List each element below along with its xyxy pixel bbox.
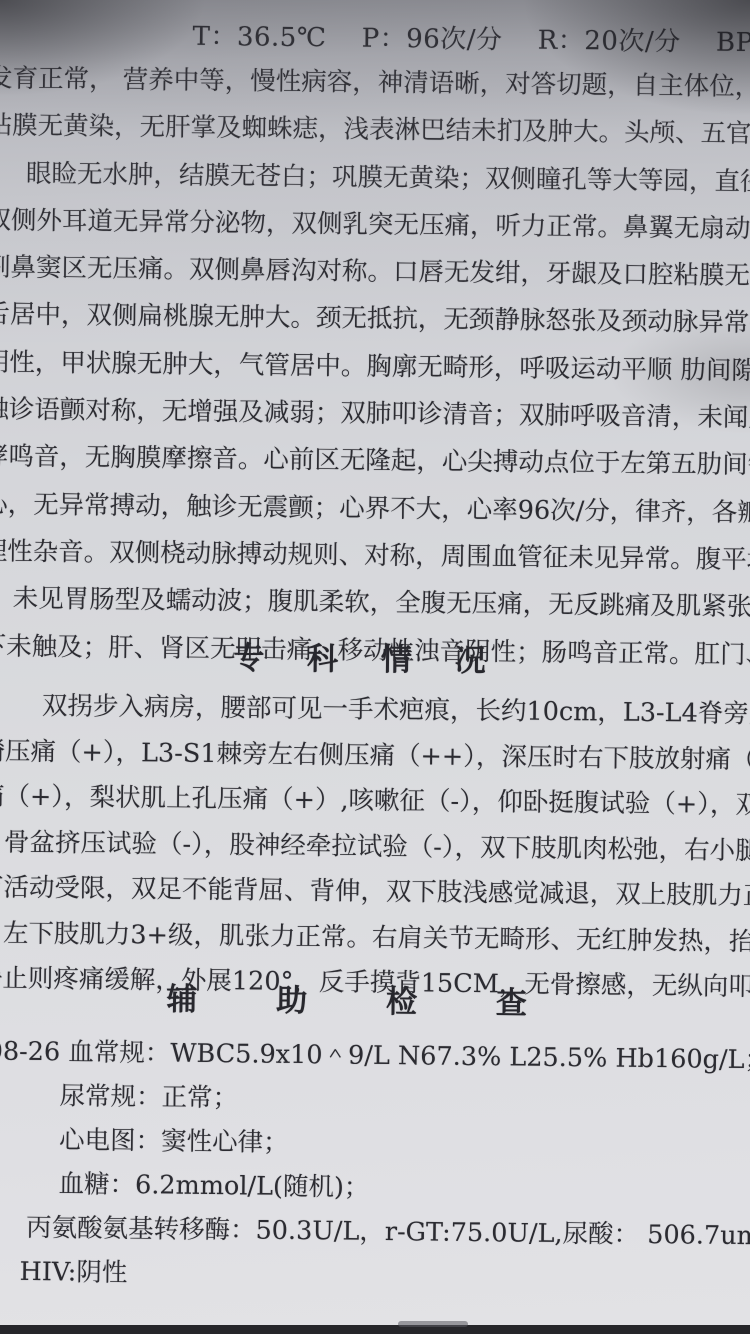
section-heading-auxiliary: 辅 助 检 查 (0, 971, 739, 1025)
table-edge (0, 1325, 750, 1334)
section-heading-specialist: 专 科 情 况 (0, 630, 743, 684)
general-exam-section: 发育正常， 营养中等，慢性病容，神清语晰，对答切题，自主体位，查体粘膜无黄染，无… (0, 55, 750, 727)
specialist-section: 双拐步入病房，腰部可见一手术疤痕，长约10cm，L3-L4脊旁局部轻微肿胀嵴压痛… (0, 683, 750, 1012)
table-edge-highlight (398, 1321, 468, 1327)
medical-record-page: T：36.5℃ P：96次/分 R：20次/分 BP：116/84mmHg VA… (0, 0, 750, 8)
vital-signs-line: T：36.5℃ P：96次/分 R：20次/分 BP：116/84mmHg VA… (192, 16, 750, 63)
auxiliary-section: -08-26 血常规：WBC5.9x10＾9/L N67.3% L25.5% H… (0, 1029, 750, 1303)
document-photo: T：36.5℃ P：96次/分 R：20次/分 BP：116/84mmHg VA… (0, 0, 750, 1334)
auxiliary-line: HIV:阴性 (0, 1249, 750, 1303)
